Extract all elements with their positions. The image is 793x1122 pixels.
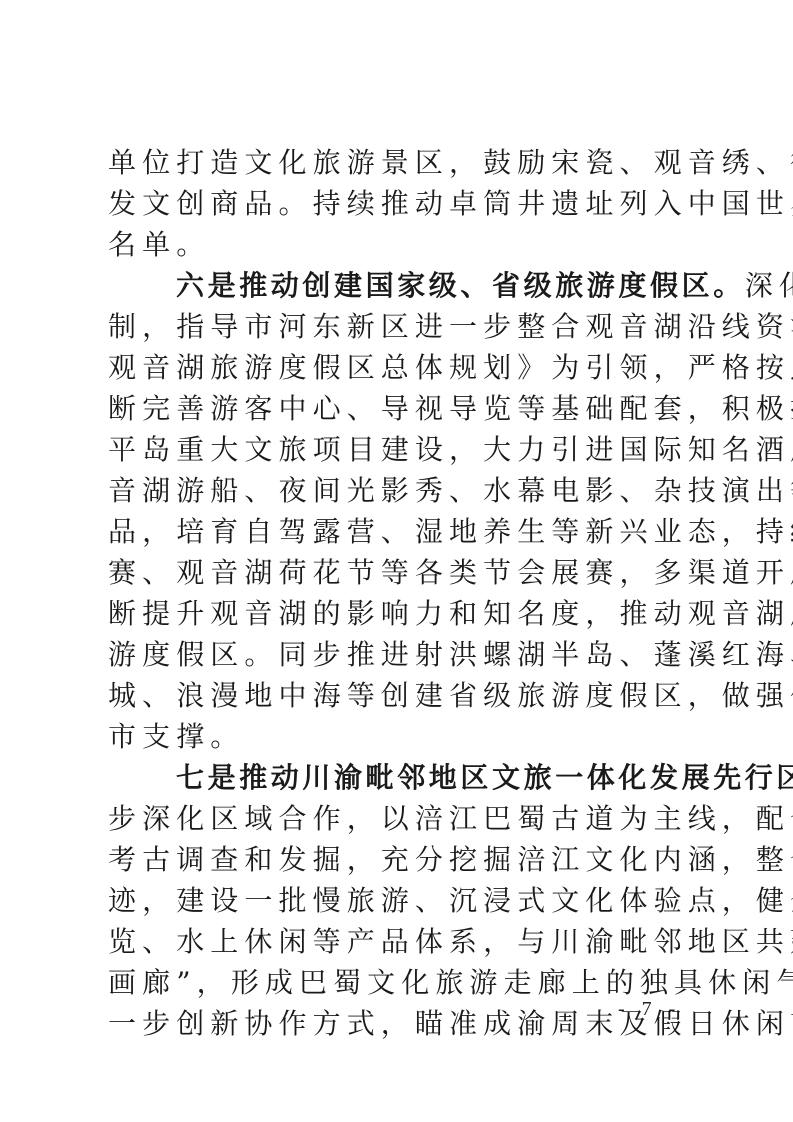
text-line: 断完善游客中心、导视导览等基础配套，积极推进圣莲岛、圣 [108, 388, 692, 429]
text-line: 迹，建设一批慢旅游、沉浸式文化体验点，健全沿线水上游 [108, 880, 692, 921]
text-line: 市支撑。 [108, 716, 692, 757]
paragraph-heading: 六是推动创建国家级、省级旅游度假区。 [176, 269, 745, 302]
text-line: 画廊”，形成巴蜀文化旅游走廊上的独具休闲气质的产业带。进 [108, 962, 692, 1003]
paragraph-six: 六是推动创建国家级、省级旅游度假区。深化完善创建机 制，指导市河东新区进一步整合… [108, 265, 692, 757]
text-line-first: 七是推动川渝毗邻地区文旅一体化发展先行区建设。进一 [108, 757, 692, 798]
page-number: - 7 - [618, 998, 681, 1021]
text-line: 名单。 [108, 224, 692, 265]
text-line: 览、水上休闲等产品体系，与川渝毗邻地区共建“百里涪江诗酒 [108, 921, 692, 962]
text-line: 一步创新协作方式，瞄准成渝周末及假日休闲市场，共推涪江 [108, 1003, 692, 1044]
text-line: 断提升观音湖的影响力和知名度，推动观音湖成功创建省级旅 [108, 593, 692, 634]
text-line-first: 六是推动创建国家级、省级旅游度假区。深化完善创建机 [108, 265, 692, 306]
text-line: 平岛重大文旅项目建设，大力引进国际知名酒店，精心打造观 [108, 429, 692, 470]
paragraph-seven: 七是推动川渝毗邻地区文旅一体化发展先行区建设。进一 步深化区域合作，以涪江巴蜀古… [108, 757, 692, 1044]
paragraph-heading: 七是推动川渝毗邻地区文旅一体化发展先行区建设。 [176, 761, 793, 794]
text-line: 发文创商品。持续推动卓筒井遗址列入中国世界文化遗产预备 [108, 183, 692, 224]
text-line: 单位打造文化旅游景区，鼓励宋瓷、观音绣、徐氏泥彩塑等开 [108, 142, 692, 183]
paragraph-continued: 单位打造文化旅游景区，鼓励宋瓷、观音绣、徐氏泥彩塑等开 发文创商品。持续推动卓筒… [108, 142, 692, 265]
text-line: 音湖游船、夜间光影秀、水幕电影、杂技演出等休闲度假产 [108, 470, 692, 511]
text-line: 品，培育自驾露营、湿地养生等新兴业态，持续举办好龙舟 [108, 511, 692, 552]
text-line: 赛、观音湖荷花节等各类节会展赛，多渠道开展宣传营销，不 [108, 552, 692, 593]
text-run: 深化完善创建机 [745, 269, 793, 302]
text-line: 考古调查和发掘，充分挖掘涪江文化内涵，整合沿线遗址遗 [108, 839, 692, 880]
text-line: 观音湖旅游度假区总体规划》为引领，严格按照创建标准，不 [108, 347, 692, 388]
document-page: 单位打造文化旅游景区，鼓励宋瓷、观音绣、徐氏泥彩塑等开 发文创商品。持续推动卓筒… [108, 142, 692, 1044]
text-line: 城、浪漫地中海等创建省级旅游度假区，做强休闲度假一线城 [108, 675, 692, 716]
text-line: 制，指导市河东新区进一步整合观音湖沿线资源，以《遂宁市 [108, 306, 692, 347]
text-line: 步深化区域合作，以涪江巴蜀古道为主线，配合实施涪江流域 [108, 798, 692, 839]
text-line: 游度假区。同步推进射洪螺湖半岛、蓬溪红海、大英丝路奇幻 [108, 634, 692, 675]
